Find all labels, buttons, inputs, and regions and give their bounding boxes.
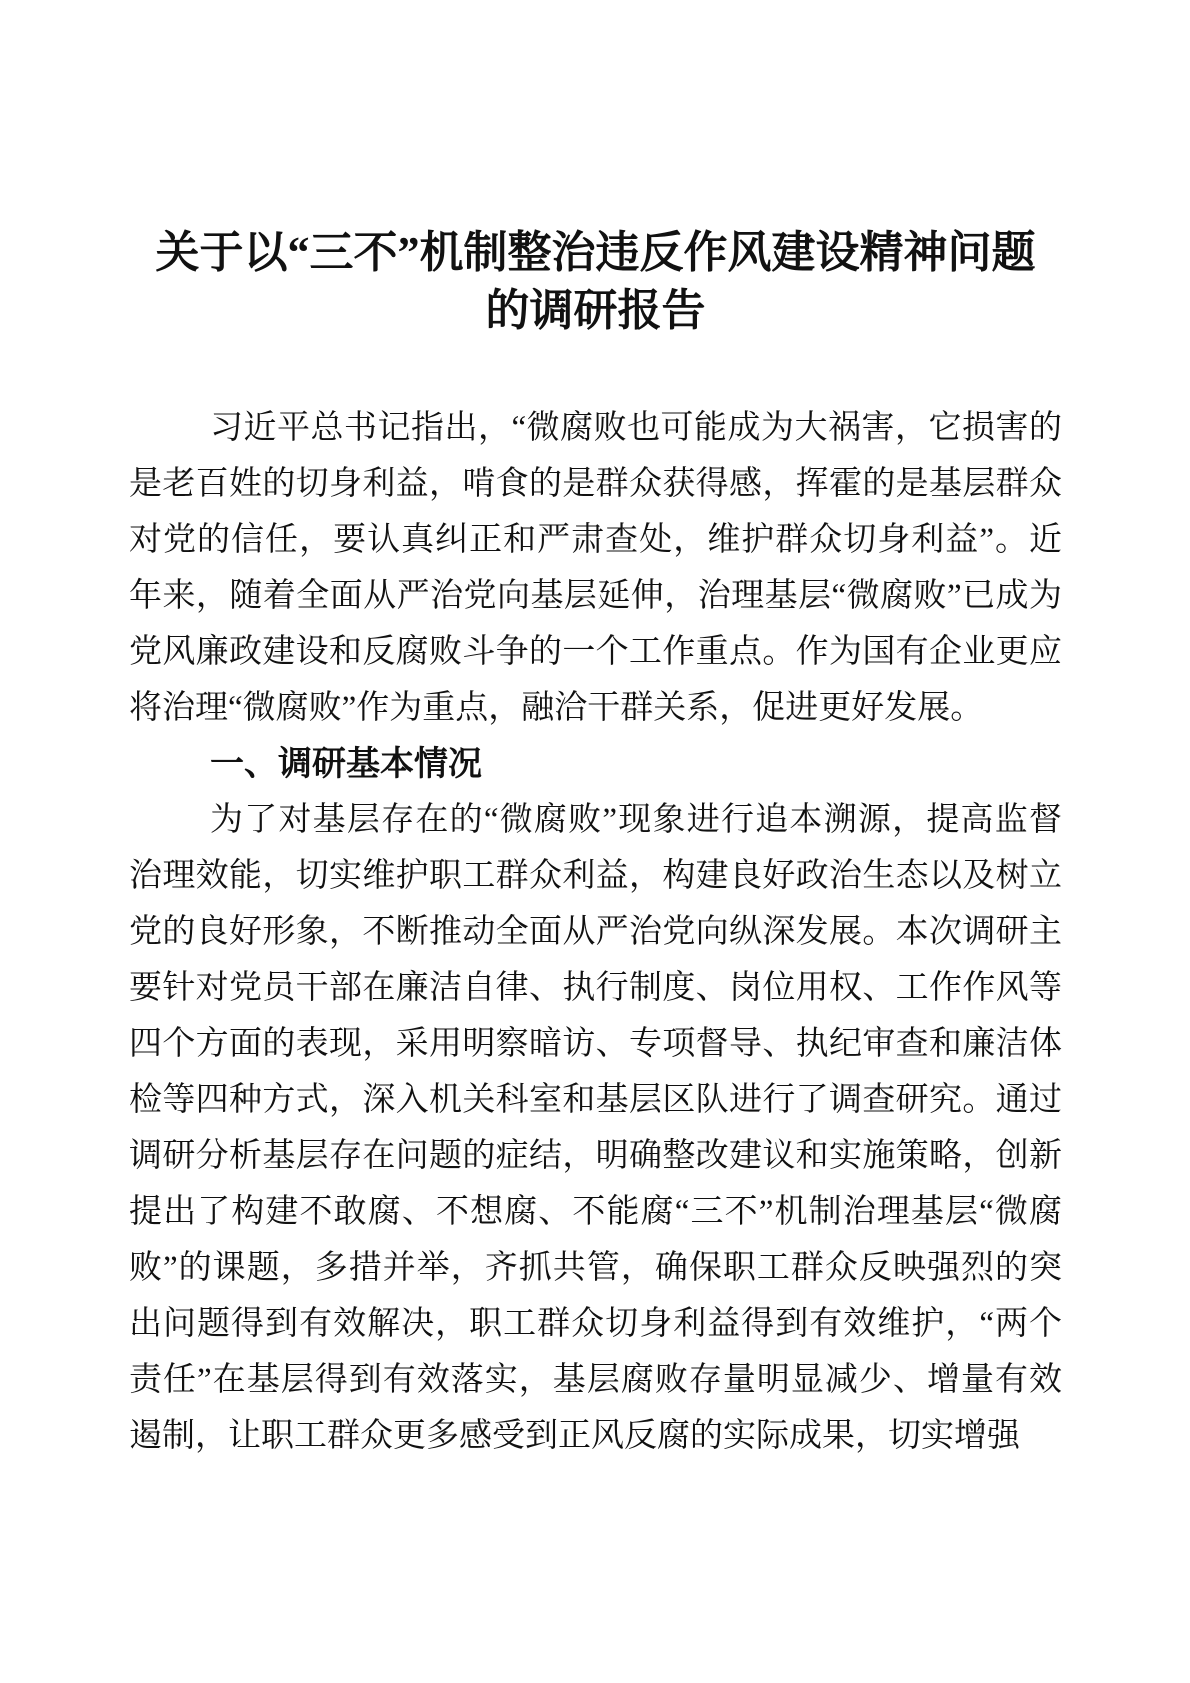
document-page: 关于以“三不”机制整治违反作风建设精神问题的调研报告 习近平总书记指出，“微腐败… — [0, 0, 1190, 1683]
intro-paragraph: 习近平总书记指出，“微腐败也可能成为大祸害，它损害的是老百姓的切身利益，啃食的是… — [129, 400, 1062, 736]
section-heading-1: 一、调研基本情况 — [129, 736, 1062, 792]
document-title: 关于以“三不”机制整治违反作风建设精神问题的调研报告 — [154, 224, 1038, 340]
section-1-paragraph: 为了对基层存在的“微腐败”现象进行追本溯源，提高监督治理效能，切实维护职工群众利… — [129, 792, 1062, 1464]
